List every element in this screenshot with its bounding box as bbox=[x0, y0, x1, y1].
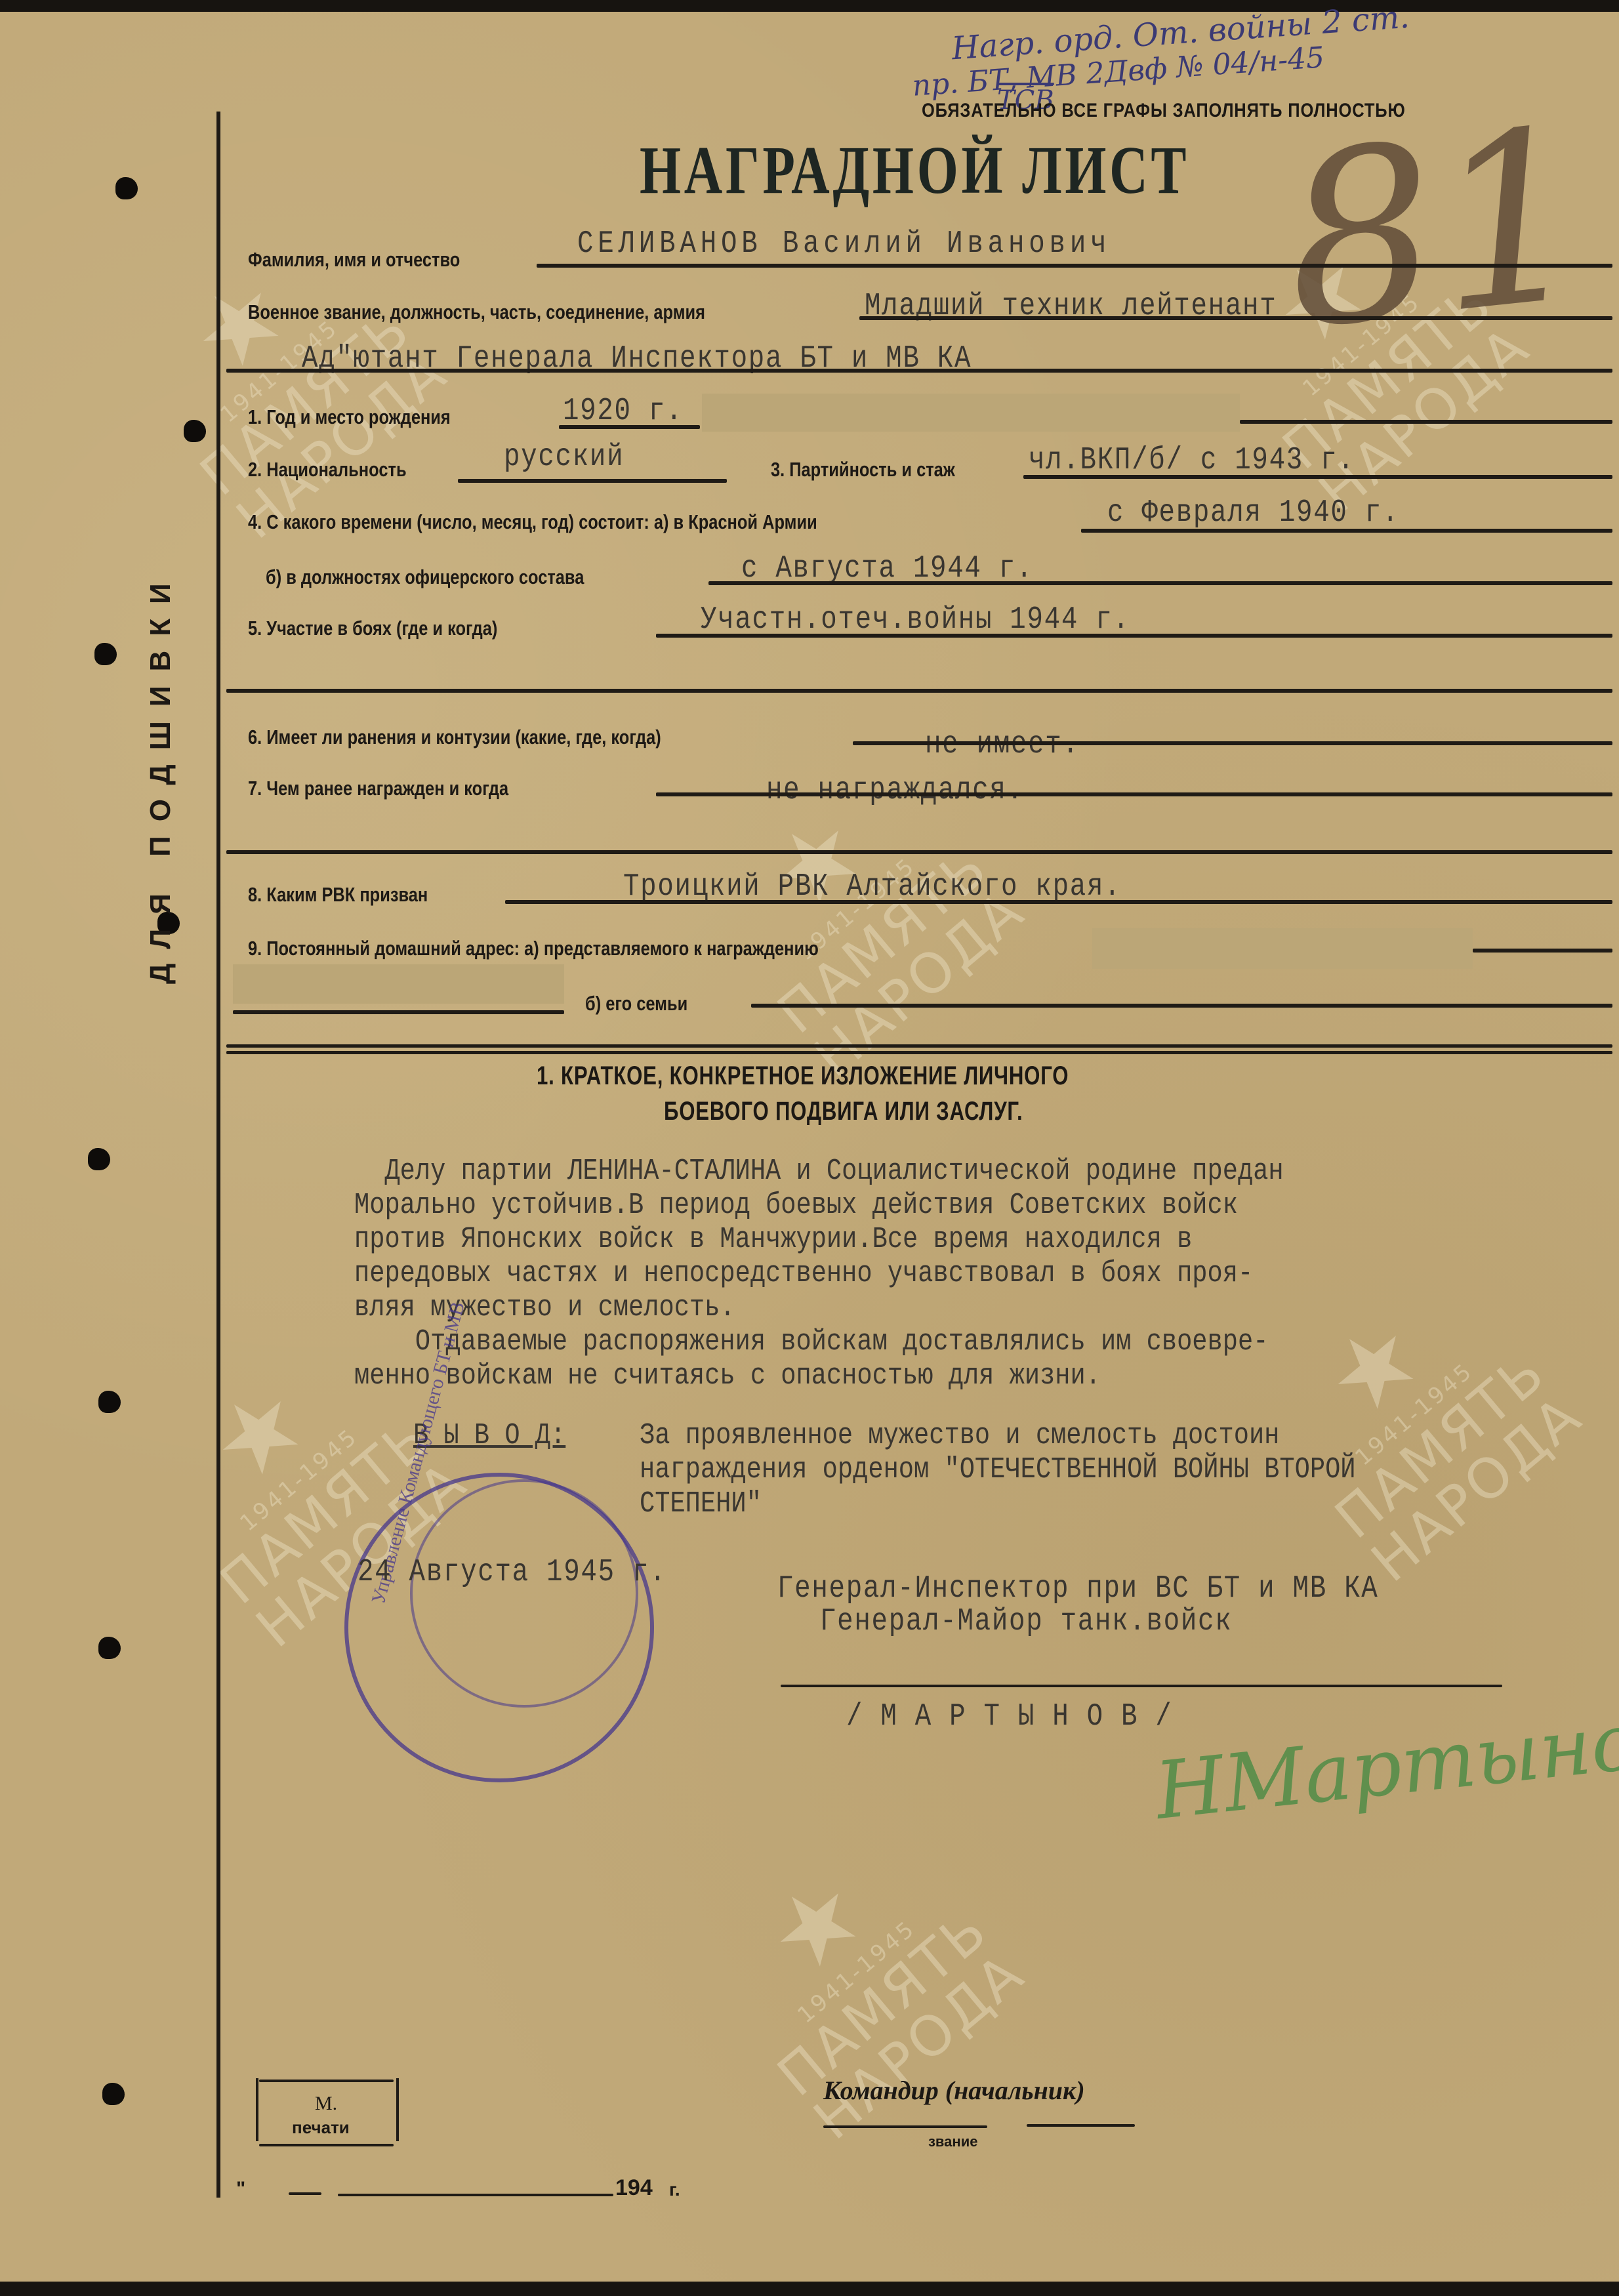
wounds-underline bbox=[853, 741, 1612, 745]
date-month-line bbox=[338, 2194, 613, 2196]
date-day-line bbox=[289, 2192, 321, 2195]
full-name-label: Фамилия, имя и отчество bbox=[248, 248, 460, 272]
redacted-area bbox=[233, 964, 564, 1004]
signer-position-line2: Генерал-Майор танк.войск bbox=[820, 1604, 1232, 1639]
commander-line-2 bbox=[1027, 2124, 1135, 2127]
date-year-suffix: г. bbox=[669, 2179, 680, 2200]
seal-box-bottom bbox=[259, 2144, 394, 2146]
prior-awards-label: 7. Чем ранее награжден и когда bbox=[248, 777, 508, 800]
address-label: 9. Постоянный домашний адрес: а) предста… bbox=[248, 937, 819, 960]
birth-label: 1. Год и место рождения bbox=[248, 405, 451, 429]
family-address-label: б) его семьи bbox=[585, 992, 687, 1015]
handwritten-signature: НМартынов bbox=[1151, 1691, 1619, 1837]
red-army-underline bbox=[1081, 529, 1612, 533]
nationality-underline bbox=[458, 479, 727, 483]
scan-edge-bottom bbox=[0, 2282, 1619, 2296]
rank-underline-2 bbox=[226, 369, 1612, 373]
battles-underline bbox=[656, 634, 1612, 638]
full-name-value: СЕЛИВАНОВ Василий Иванович bbox=[577, 226, 1111, 262]
official-stamp-inner-ring bbox=[410, 1479, 638, 1708]
prior-awards-underline-2 bbox=[226, 850, 1612, 854]
rank-underline bbox=[859, 316, 1612, 320]
birth-underline bbox=[559, 425, 700, 429]
red-army-value: с Февраля 1940 г. bbox=[1107, 495, 1399, 531]
nationality-value: русский bbox=[504, 440, 624, 475]
award-sheet-page: ★ 1941-1945 ПАМЯТЬ НАРОДА ★ 1941-1945 ПА… bbox=[0, 0, 1619, 2296]
rank-label: Военное звание, должность, часть, соедин… bbox=[248, 300, 705, 324]
battles-value: Участн.отеч.войны 1944 г. bbox=[701, 602, 1130, 638]
punch-hole bbox=[98, 1637, 121, 1659]
binding-label: ДЛЯ ПОДШИВКИ bbox=[144, 569, 177, 984]
birth-value: 1920 г. bbox=[563, 394, 683, 429]
prior-awards-underline bbox=[656, 792, 1612, 796]
battles-underline-2 bbox=[226, 689, 1612, 693]
nationality-label: 2. Национальность bbox=[248, 458, 407, 482]
battles-label: 5. Участие в боях (где и когда) bbox=[248, 617, 497, 640]
commander-line bbox=[823, 2125, 987, 2128]
rvk-value: Троицкий РВК Алтайского края. bbox=[623, 869, 1121, 905]
rank-caption: звание bbox=[928, 2133, 977, 2150]
merit-paragraph-1: Делу партии ЛЕНИНА-СТАЛИНА и Социалистич… bbox=[354, 1155, 1284, 1393]
section-divider bbox=[226, 1044, 1612, 1048]
binding-margin-line bbox=[216, 112, 220, 2198]
rvk-underline bbox=[505, 900, 1612, 904]
rvk-label: 8. Каким РВК призван bbox=[248, 883, 428, 907]
address-underline-2 bbox=[233, 1010, 564, 1014]
punch-hole bbox=[115, 177, 138, 199]
family-address-underline bbox=[751, 1004, 1612, 1008]
officer-since-label: б) в должностях офицерского состава bbox=[266, 565, 584, 589]
party-value: чл.ВКП/б/ с 1943 г. bbox=[1029, 443, 1355, 478]
date-quote: " bbox=[236, 2178, 245, 2200]
officer-since-underline bbox=[708, 581, 1612, 585]
wounds-label: 6. Имеет ли ранения и контузии (какие, г… bbox=[248, 726, 661, 749]
date-year-prefix: 194 bbox=[615, 2175, 653, 2201]
redacted-area bbox=[1092, 928, 1473, 969]
signature-line bbox=[781, 1685, 1502, 1687]
punch-hole bbox=[88, 1148, 110, 1170]
birth-underline-end bbox=[1240, 420, 1612, 424]
signer-position-line1: Генерал-Инспектор при ВС БТ и МВ КА bbox=[777, 1571, 1378, 1607]
redacted-area bbox=[702, 394, 1240, 432]
red-army-label: 4. С какого времени (число, месяц, год) … bbox=[248, 510, 817, 534]
prior-awards-value: не награждался. bbox=[766, 773, 1024, 808]
seal-place-line1: М. bbox=[315, 2093, 337, 2115]
punch-hole bbox=[102, 2083, 125, 2105]
handwritten-page-number: 81 bbox=[1274, 96, 1597, 363]
signing-date: 24 Августа 1945 г. bbox=[358, 1555, 666, 1590]
page-title: НАГРАДНОЙ ЛИСТ bbox=[640, 131, 1189, 209]
address-underline bbox=[1473, 949, 1612, 953]
section-heading-line1: 1. КРАТКОЕ, КОНКРЕТНОЕ ИЗЛОЖЕНИЕ ЛИЧНОГО bbox=[537, 1061, 1069, 1091]
signer-name: / М А Р Т Ы Н О В / bbox=[846, 1699, 1173, 1734]
punch-hole bbox=[94, 643, 117, 665]
conclusion-text: За проявленное мужество и смелость досто… bbox=[640, 1419, 1356, 1521]
commander-label: Командир (начальник) bbox=[823, 2075, 1085, 2106]
section-heading-line2: БОЕВОГО ПОДВИГА ИЛИ ЗАСЛУГ. bbox=[664, 1097, 1023, 1126]
full-name-underline bbox=[537, 264, 1612, 268]
section-divider bbox=[226, 1051, 1612, 1054]
seal-box-top bbox=[259, 2080, 394, 2082]
party-label: 3. Партийность и стаж bbox=[771, 458, 955, 482]
party-underline bbox=[1023, 475, 1612, 479]
punch-hole bbox=[98, 1391, 121, 1413]
seal-place-line2: печати bbox=[292, 2118, 350, 2138]
